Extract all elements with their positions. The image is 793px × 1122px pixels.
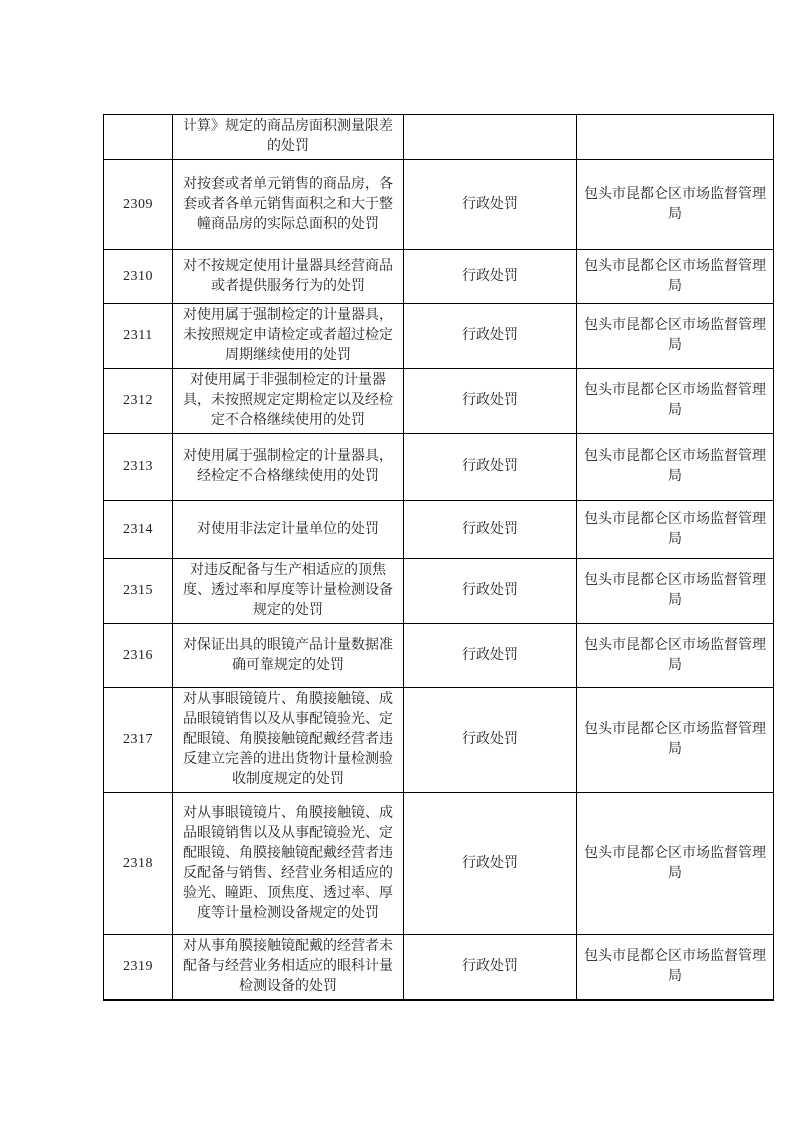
table-row: 2316 对保证出具的眼镜产品计量数据准确可靠规定的处罚 行政处罚 包头市昆都仑…	[104, 624, 774, 688]
penalty-matter-cell: 对使用非法定计量单位的处罚	[173, 501, 404, 559]
table-row: 2312 对使用属于非强制检定的计量器具，未按照规定定期检定以及经检定不合格继续…	[104, 369, 774, 434]
serial-number-cell: 2314	[104, 501, 173, 559]
table-row: 2319 对从事角膜接触镜配戴的经营者未配备与经营业务相适应的眼科计量检测设备的…	[104, 935, 774, 1001]
penalty-matter-cell: 对保证出具的眼镜产品计量数据准确可靠规定的处罚	[173, 624, 404, 688]
agency-cell: 包头市昆都仑区市场监督管理局	[577, 935, 774, 1001]
document-page: 计算》规定的商品房面积测量限差的处罚 2309 对按套或者单元销售的商品房，各套…	[0, 0, 793, 1122]
table-row: 2314 对使用非法定计量单位的处罚 行政处罚 包头市昆都仑区市场监督管理局	[104, 501, 774, 559]
penalty-matter-cell: 对从事眼镜镜片、角膜接触镜、成品眼镜销售以及从事配镜验光、定配眼镜、角膜接触镜配…	[173, 688, 404, 793]
agency-cell: 包头市昆都仑区市场监督管理局	[577, 793, 774, 935]
agency-cell: 包头市昆都仑区市场监督管理局	[577, 688, 774, 793]
serial-number-cell: 2319	[104, 935, 173, 1001]
penalty-type-cell: 行政处罚	[404, 501, 577, 559]
penalty-matter-cell: 对按套或者单元销售的商品房，各套或者各单元销售面积之和大于整幢商品房的实际总面积…	[173, 160, 404, 250]
table-row: 2311 对使用属于强制检定的计量器具，未按照规定申请检定或者超过检定周期继续使…	[104, 304, 774, 369]
table-row: 2318 对从事眼镜镜片、角膜接触镜、成品眼镜销售以及从事配镜验光、定配眼镜、角…	[104, 793, 774, 935]
table-row: 2317 对从事眼镜镜片、角膜接触镜、成品眼镜销售以及从事配镜验光、定配眼镜、角…	[104, 688, 774, 793]
penalty-type-cell: 行政处罚	[404, 304, 577, 369]
serial-number-cell: 2311	[104, 304, 173, 369]
agency-cell: 包头市昆都仑区市场监督管理局	[577, 624, 774, 688]
penalty-matter-cell: 对不按规定使用计量器具经营商品或者提供服务行为的处罚	[173, 250, 404, 304]
penalty-matter-cell: 对使用属于强制检定的计量器具，经检定不合格继续使用的处罚	[173, 434, 404, 501]
table-row: 计算》规定的商品房面积测量限差的处罚	[104, 115, 774, 160]
penalty-type-cell: 行政处罚	[404, 559, 577, 624]
agency-cell: 包头市昆都仑区市场监督管理局	[577, 501, 774, 559]
penalty-type-cell: 行政处罚	[404, 160, 577, 250]
agency-cell: 包头市昆都仑区市场监督管理局	[577, 434, 774, 501]
penalty-type-cell: 行政处罚	[404, 793, 577, 935]
agency-cell	[577, 115, 774, 160]
penalty-type-cell: 行政处罚	[404, 369, 577, 434]
serial-number-cell: 2312	[104, 369, 173, 434]
serial-number-cell: 2313	[104, 434, 173, 501]
penalty-matter-cell: 对使用属于强制检定的计量器具，未按照规定申请检定或者超过检定周期继续使用的处罚	[173, 304, 404, 369]
penalty-matter-cell: 对从事眼镜镜片、角膜接触镜、成品眼镜销售以及从事配镜验光、定配眼镜、角膜接触镜配…	[173, 793, 404, 935]
penalty-type-cell: 行政处罚	[404, 935, 577, 1001]
penalty-table: 计算》规定的商品房面积测量限差的处罚 2309 对按套或者单元销售的商品房，各套…	[103, 114, 774, 1001]
agency-cell: 包头市昆都仑区市场监督管理局	[577, 250, 774, 304]
serial-number-cell: 2316	[104, 624, 173, 688]
table-row: 2313 对使用属于强制检定的计量器具，经检定不合格继续使用的处罚 行政处罚 包…	[104, 434, 774, 501]
serial-number-cell: 2309	[104, 160, 173, 250]
serial-number-cell: 2317	[104, 688, 173, 793]
serial-number-cell: 2310	[104, 250, 173, 304]
agency-cell: 包头市昆都仑区市场监督管理局	[577, 369, 774, 434]
penalty-type-cell	[404, 115, 577, 160]
serial-number-cell: 2318	[104, 793, 173, 935]
serial-number-cell	[104, 115, 173, 160]
penalty-table-body: 计算》规定的商品房面积测量限差的处罚 2309 对按套或者单元销售的商品房，各套…	[104, 115, 774, 1001]
agency-cell: 包头市昆都仑区市场监督管理局	[577, 559, 774, 624]
penalty-type-cell: 行政处罚	[404, 250, 577, 304]
penalty-matter-cell: 对违反配备与生产相适应的顶焦度、透过率和厚度等计量检测设备规定的处罚	[173, 559, 404, 624]
penalty-matter-cell: 计算》规定的商品房面积测量限差的处罚	[173, 115, 404, 160]
table-row: 2315 对违反配备与生产相适应的顶焦度、透过率和厚度等计量检测设备规定的处罚 …	[104, 559, 774, 624]
penalty-matter-cell: 对使用属于非强制检定的计量器具，未按照规定定期检定以及经检定不合格继续使用的处罚	[173, 369, 404, 434]
penalty-type-cell: 行政处罚	[404, 688, 577, 793]
serial-number-cell: 2315	[104, 559, 173, 624]
table-row: 2309 对按套或者单元销售的商品房，各套或者各单元销售面积之和大于整幢商品房的…	[104, 160, 774, 250]
penalty-matter-cell: 对从事角膜接触镜配戴的经营者未配备与经营业务相适应的眼科计量检测设备的处罚	[173, 935, 404, 1001]
agency-cell: 包头市昆都仑区市场监督管理局	[577, 160, 774, 250]
penalty-type-cell: 行政处罚	[404, 624, 577, 688]
penalty-type-cell: 行政处罚	[404, 434, 577, 501]
table-row: 2310 对不按规定使用计量器具经营商品或者提供服务行为的处罚 行政处罚 包头市…	[104, 250, 774, 304]
agency-cell: 包头市昆都仑区市场监督管理局	[577, 304, 774, 369]
